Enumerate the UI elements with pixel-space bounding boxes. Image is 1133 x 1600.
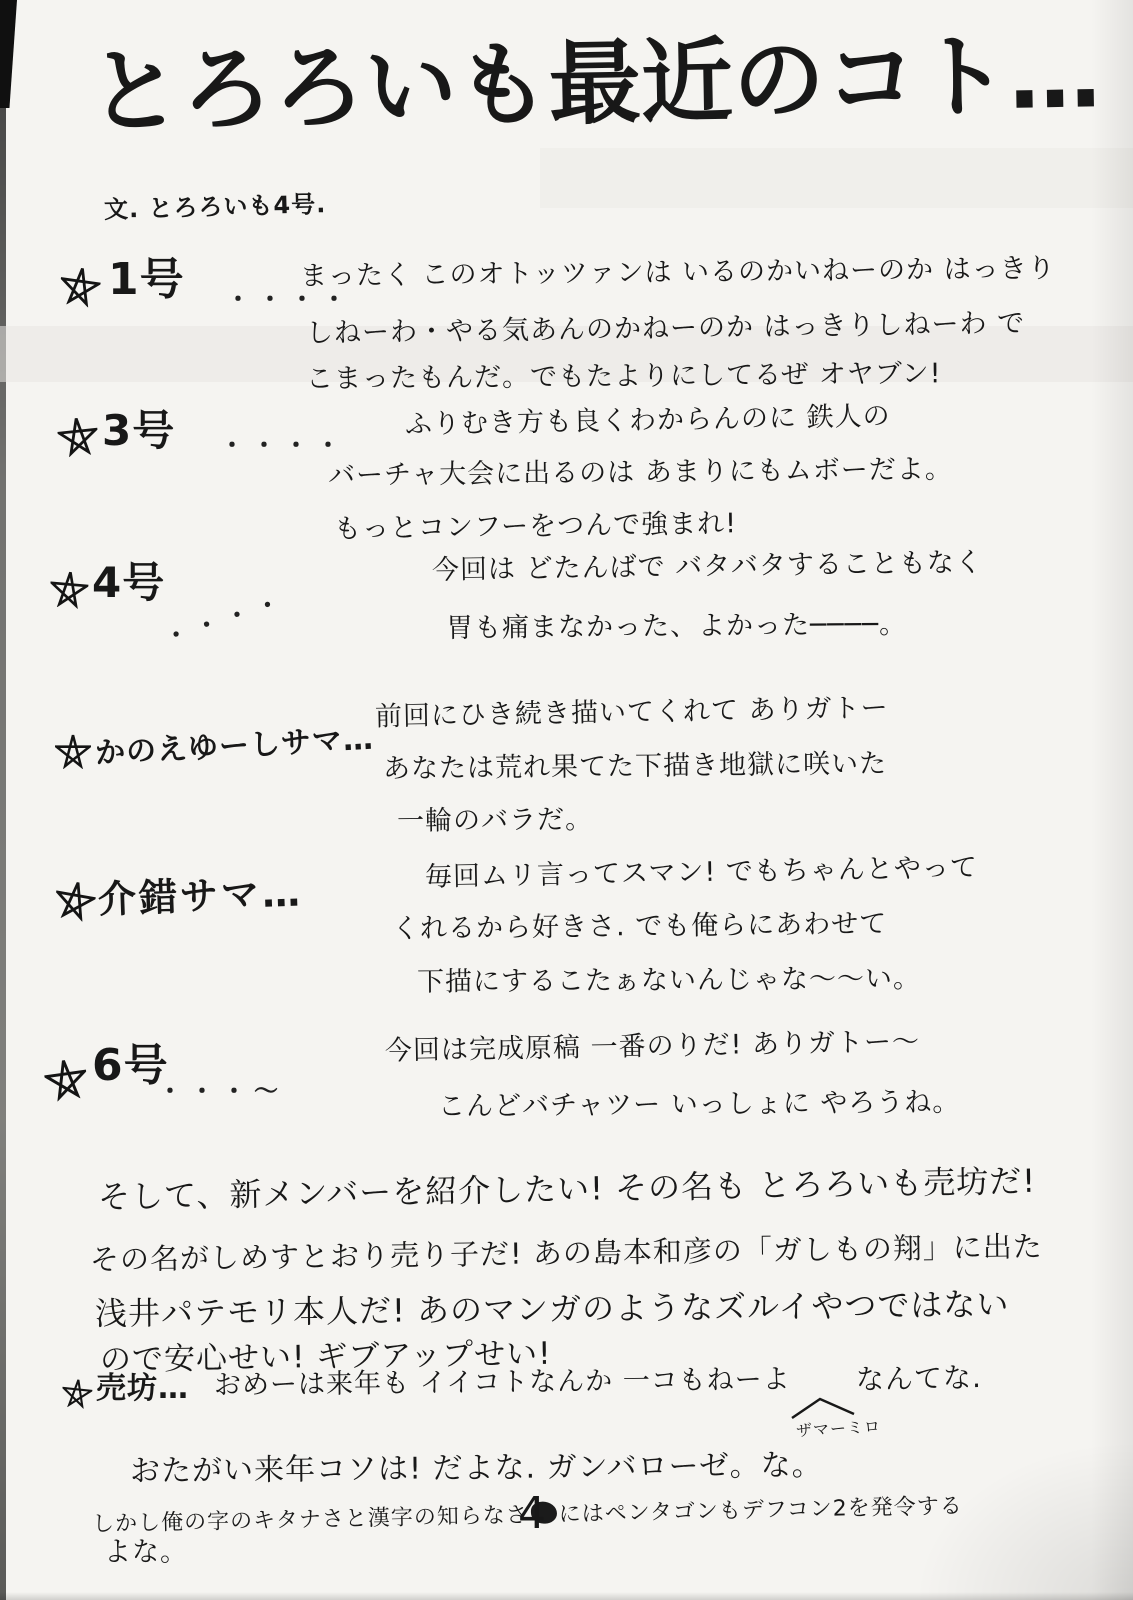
entry-4-line: 一輪のバラだ。: [397, 805, 593, 836]
star-icon: [48, 568, 89, 609]
entry-5-label: 介錯サマ…: [97, 872, 303, 921]
page-title: とろろいも最近のコト…: [88, 24, 1102, 143]
entry-3-line: 胃も痛まなかった、よかった────。: [446, 610, 907, 644]
entry-2-label: 3号: [102, 408, 175, 454]
star-icon: [52, 877, 98, 923]
scan-left-edge: [0, 0, 6, 1600]
closing-paragraph-line: 浅井パテモリ本人だ! あのマンガのようなズルイやつではない: [95, 1287, 1010, 1332]
scan-bottom-edge: [0, 1592, 1133, 1600]
entry-2-line: ふりむき方も良くわからんのに 鉄人の: [405, 402, 891, 440]
footnote-end: よな。: [104, 1538, 188, 1568]
scanned-doujinshi-page: とろろいも最近のコト… 文. とろろいも4号. 1号 ・・・・ まったく このオ…: [0, 0, 1133, 1600]
insertion-caret-icon: [790, 1396, 856, 1420]
entry-2-line: バーチャ大会に出るのは あまりにもムボーだよ。: [328, 455, 953, 491]
scan-right-edge: [1091, 0, 1133, 1600]
entry-4-line: あなたは荒れ果てた下描き地獄に咲いた: [383, 749, 887, 784]
entry-2-line: もっとコンフーをつんで強まれ!: [334, 509, 737, 544]
entry-1-line: こまったもんだ。でもたよりにしてるぜ オヤブン!: [306, 359, 942, 394]
entry-6-line: こんどバチャツー いっしょに やろうね。: [438, 1088, 961, 1122]
entry-3-label: 4号: [92, 560, 165, 606]
star-icon: [56, 414, 100, 458]
entry-1-label: 1号: [108, 256, 185, 304]
mutual-line: おたがい来年コソは! だよな. ガンバローゼ。な。: [130, 1449, 823, 1488]
uribou-label: 売坊…: [96, 1372, 189, 1405]
entry-5-line: 下描にするこたぁないんじゃな〜〜い。: [417, 964, 921, 997]
star-icon: [42, 1055, 89, 1102]
star-icon: [57, 263, 102, 308]
entry-4-line: 前回にひき続き描いてくれて ありガトー: [375, 694, 889, 733]
uribou-line: おめーは来年も イイコトなんか 一コもねーよ: [214, 1365, 791, 1401]
star-icon: [61, 1377, 94, 1410]
entry-3-line: 今回は どたんばで バタバタすることもなく: [432, 548, 983, 585]
entry-3-dots: ・・・・: [161, 587, 291, 652]
scan-band: [540, 148, 1133, 208]
footnote-part-b: にはペンタゴンもデフコン2を発令する: [559, 1494, 963, 1527]
page-number: 4: [518, 1490, 547, 1538]
scan-corner-shadow: [913, 1440, 1133, 1600]
entry-1-line: まったく このオトッツァンは いるのかいねーのか はっきり: [300, 254, 1056, 292]
closing-paragraph-line: その名がしめすとおり売り子だ! あの島本和彦の「ガしもの翔」に出た: [90, 1231, 1043, 1276]
entry-4-label: かのえゆーしサマ…: [94, 723, 374, 771]
entry-6-line: 今回は完成原稿 一番のりだ! ありガトー〜: [385, 1027, 920, 1066]
byline: 文. とろろいも4号.: [104, 191, 327, 223]
footnote-part-a: しかし俺の字のキタナさと漢字の知らなさ: [92, 1503, 529, 1537]
scan-corner-shadow: [0, 0, 17, 108]
uribou-tail: なんてな.: [856, 1363, 982, 1396]
entry-6-dots: ・・・〜: [158, 1078, 286, 1104]
insertion-note: ザマーミロ: [796, 1418, 882, 1440]
entry-5-line: くれるから好きさ. でも俺らにあわせて: [392, 909, 887, 944]
closing-paragraph-line: そして、新メンバーを紹介したい! その名も とろろいも売坊だ!: [98, 1164, 1037, 1216]
star-icon: [55, 733, 91, 769]
entry-2-dots: ・・・・: [220, 432, 348, 458]
entry-5-line: 毎回ムリ言ってスマン! でもちゃんとやって: [425, 853, 978, 892]
